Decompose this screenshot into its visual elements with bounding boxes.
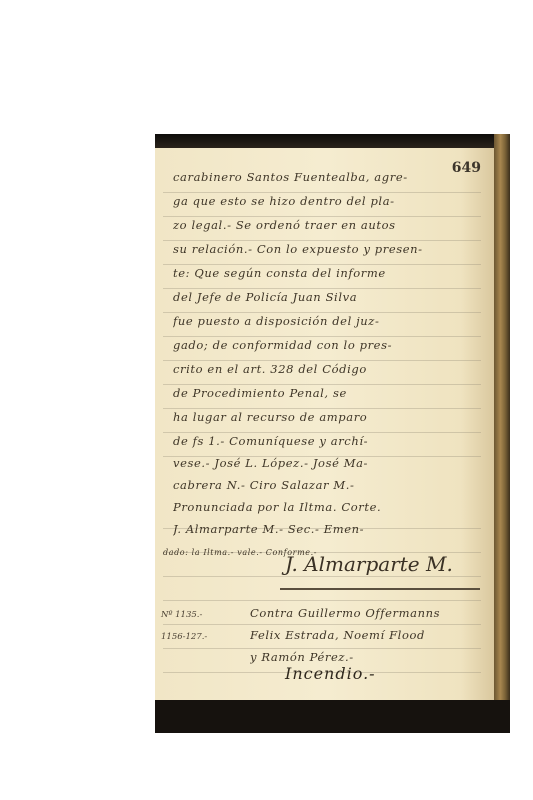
- top-shadow-band: [155, 134, 510, 148]
- entry2-body-lines: [155, 148, 495, 733]
- book-spine-edge: [494, 134, 510, 733]
